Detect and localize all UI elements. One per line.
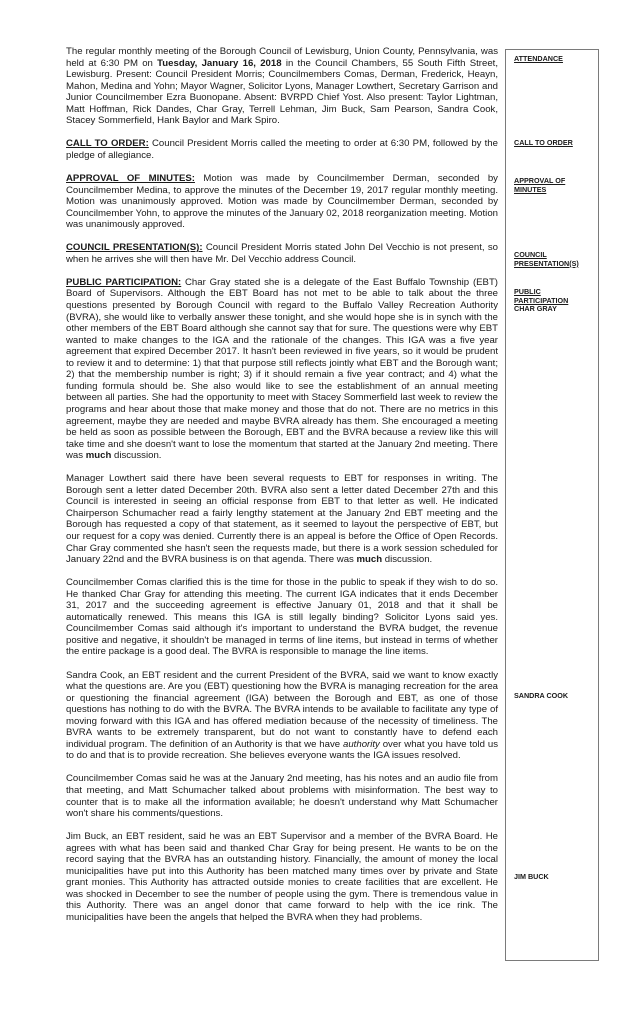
sidebar-call-to-order: CALL TO ORDER: [514, 139, 596, 148]
council-presentations-heading: COUNCIL PRESENTATION(S):: [66, 242, 203, 253]
sidebar-char-gray: CHAR GRAY: [514, 305, 596, 314]
emphasis-much: much: [86, 450, 112, 461]
sidebar-council-line2: PRESENTATION(S): [514, 260, 596, 269]
public-participation-heading: PUBLIC PARTICIPATION:: [66, 277, 181, 288]
public-participation-text: Char Gray stated she is a delegate of th…: [66, 277, 498, 461]
attendance-paragraph: The regular monthly meeting of the Borou…: [66, 46, 498, 127]
lowthert-paragraph: Manager Lowthert said there have been se…: [66, 473, 498, 565]
council-presentations-paragraph: COUNCIL PRESENTATION(S): Council Preside…: [66, 242, 498, 265]
jim-buck-text: Jim Buck, an EBT resident, said he was a…: [66, 831, 498, 923]
lowthert-text: Manager Lowthert said there have been se…: [66, 473, 498, 565]
call-to-order-heading: CALL TO ORDER:: [66, 138, 149, 149]
approval-paragraph: APPROVAL OF MINUTES: Motion was made by …: [66, 173, 498, 231]
sidebar-call-to-order-label: CALL TO ORDER: [514, 139, 596, 148]
sidebar-approval-of-minutes: APPROVAL OF MINUTES: [514, 177, 596, 194]
approval-heading: APPROVAL OF MINUTES:: [66, 173, 195, 184]
jim-buck-paragraph: Jim Buck, an EBT resident, said he was a…: [66, 831, 498, 923]
call-to-order-paragraph: CALL TO ORDER: Council President Morris …: [66, 138, 498, 161]
sidebar-attendance: ATTENDANCE: [514, 55, 596, 64]
comas-text-1: Councilmember Comas clarified this is th…: [66, 577, 498, 657]
sidebar-approval-line2: MINUTES: [514, 186, 596, 195]
public-participation-end: discussion.: [111, 450, 161, 461]
sidebar-jim-buck-label: JIM BUCK: [514, 873, 596, 882]
comas-paragraph-1: Councilmember Comas clarified this is th…: [66, 577, 498, 658]
sidebar-jim-buck: JIM BUCK: [514, 873, 596, 882]
public-participation-paragraph: PUBLIC PARTICIPATION: Char Gray stated s…: [66, 277, 498, 462]
sidebar-public-participation: PUBLIC PARTICIPATION CHAR GRAY: [514, 288, 596, 314]
sidebar-council-presentations: COUNCIL PRESENTATION(S): [514, 251, 596, 268]
lowthert-end: discussion.: [382, 554, 432, 565]
sandra-cook-paragraph: Sandra Cook, an EBT resident and the cur…: [66, 670, 498, 762]
sidebar-sandra-cook: SANDRA COOK: [514, 692, 596, 701]
margin-index-box: ATTENDANCE CALL TO ORDER APPROVAL OF MIN…: [505, 49, 599, 961]
document-page: The regular monthly meeting of the Borou…: [0, 0, 625, 1030]
sandra-cook-text: Sandra Cook, an EBT resident and the cur…: [66, 670, 498, 750]
comas-paragraph-2: Councilmember Comas said he was at the J…: [66, 773, 498, 819]
sidebar-attendance-label: ATTENDANCE: [514, 55, 596, 64]
meeting-date: Tuesday, January 16, 2018: [157, 58, 281, 69]
minutes-body: The regular monthly meeting of the Borou…: [66, 46, 498, 935]
emphasis-much: much: [357, 554, 383, 565]
emphasis-authority: authority: [343, 739, 380, 750]
comas-text-2: Councilmember Comas said he was at the J…: [66, 773, 498, 819]
sidebar-sandra-cook-label: SANDRA COOK: [514, 692, 596, 701]
